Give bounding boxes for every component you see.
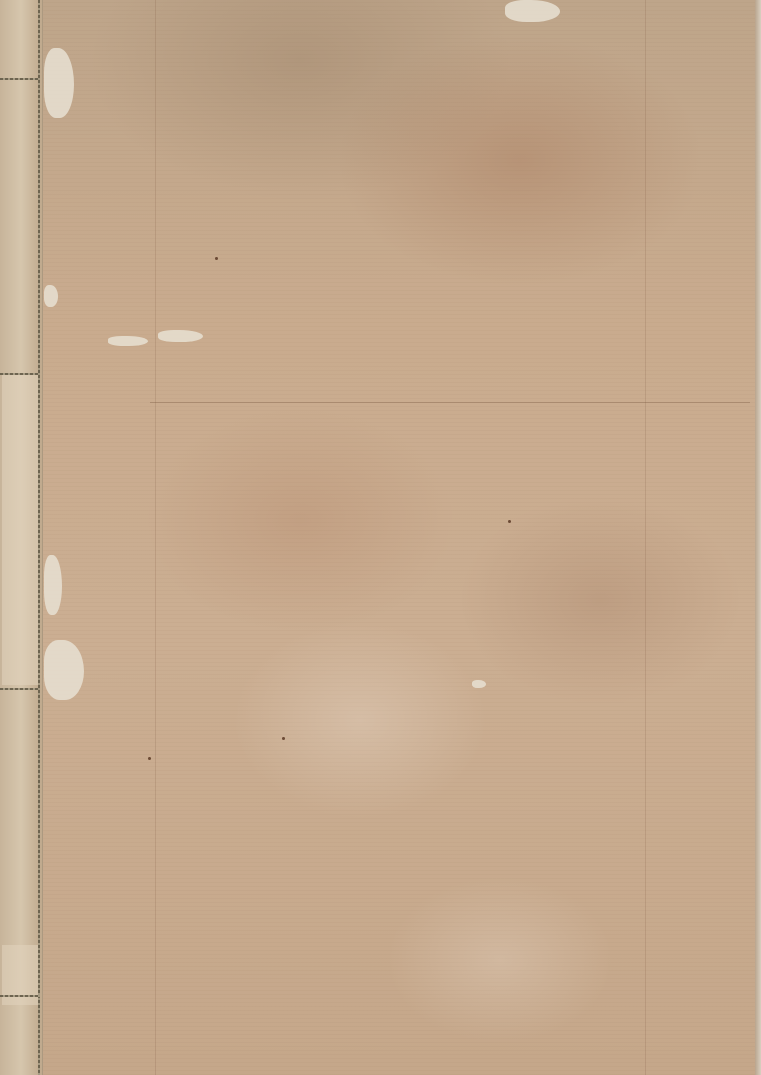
worn-patch bbox=[108, 336, 148, 346]
worn-patch bbox=[472, 680, 486, 688]
paper-fold bbox=[645, 0, 646, 1075]
paper-fold bbox=[155, 0, 156, 1075]
book-spine bbox=[0, 0, 43, 1075]
worn-patch bbox=[44, 640, 84, 700]
worn-patch bbox=[158, 330, 203, 342]
paper-crease bbox=[150, 402, 750, 403]
ink-spot bbox=[282, 737, 285, 740]
spine-wrap bbox=[2, 375, 38, 685]
binding-stitch bbox=[0, 688, 40, 690]
binding-stitch bbox=[0, 373, 40, 375]
worn-patch bbox=[505, 0, 560, 22]
worn-patch bbox=[44, 48, 74, 118]
page-edge bbox=[755, 0, 761, 1075]
binding-stitch bbox=[0, 995, 40, 997]
binding-thread bbox=[38, 0, 40, 1075]
book-cover bbox=[0, 0, 761, 1075]
ink-spot bbox=[148, 757, 151, 760]
worn-patch bbox=[44, 555, 62, 615]
worn-patch bbox=[44, 285, 58, 307]
ink-spot bbox=[215, 257, 218, 260]
binding-stitch bbox=[0, 78, 40, 80]
ink-spot bbox=[508, 520, 511, 523]
